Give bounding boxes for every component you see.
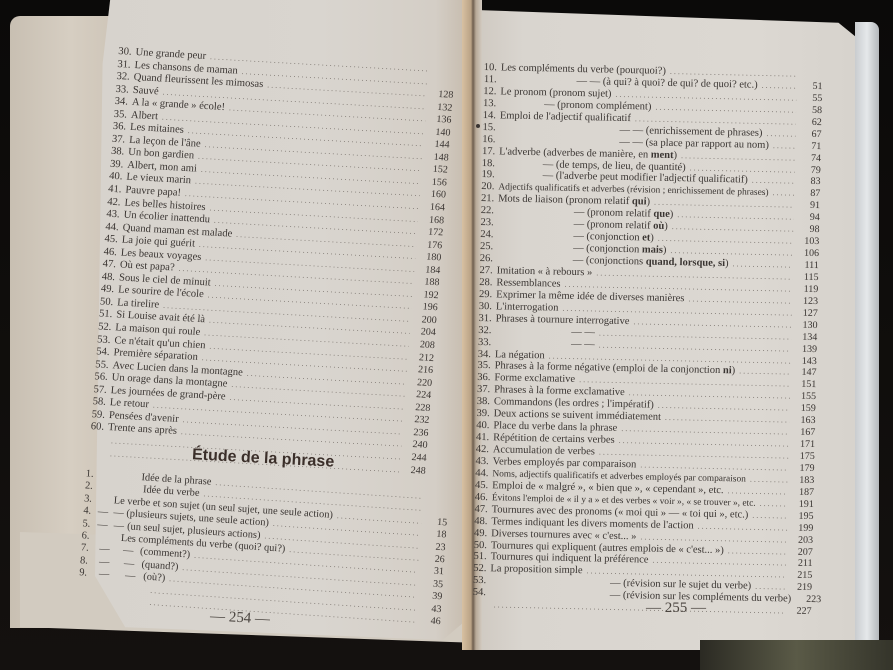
entry-title-after: ) xyxy=(670,209,674,220)
ditto-mark xyxy=(93,539,107,540)
entry-number: 42. xyxy=(106,196,121,209)
entry-number: 59. xyxy=(90,409,105,422)
ditto-mark xyxy=(97,477,119,478)
ditto-mark xyxy=(90,588,118,590)
table-surface xyxy=(700,640,893,670)
entry-number: 60. xyxy=(89,421,104,434)
entry-number: 36. xyxy=(112,121,127,134)
entry-title-bold: quand, lorsque, si xyxy=(646,256,726,269)
entry-number: 34. xyxy=(113,96,128,109)
ink-mark xyxy=(476,124,480,128)
entry-page xyxy=(426,511,448,512)
ditto-mark xyxy=(97,490,120,492)
ditto-mark xyxy=(117,603,145,605)
entry-title-text: — (pronom relatif xyxy=(574,207,654,220)
entry-title-after: ) xyxy=(673,150,677,161)
entry-number: 32. xyxy=(115,71,130,84)
entry-title-text: Imitation « à rebours » xyxy=(497,265,593,278)
entry-title-text: — (pronom complément) xyxy=(544,99,652,112)
entry-number: 41. xyxy=(107,184,122,197)
entry-title-after: ) xyxy=(663,245,667,256)
entry-title-text: — — xyxy=(571,327,595,338)
entry-number: 40. xyxy=(108,171,123,184)
ditto-mark xyxy=(89,601,117,603)
page-number-255: — 255 — xyxy=(646,600,706,617)
entry-number: 44. xyxy=(104,221,119,234)
entry-number: 46. xyxy=(102,246,117,259)
entry-number: 50. xyxy=(99,296,114,309)
entry-title-bold: où xyxy=(653,221,664,232)
entry-title-text: L'interrogation xyxy=(496,301,559,313)
entry-number: 39. xyxy=(109,159,124,172)
ditto-mark: — xyxy=(110,520,127,534)
entry-number: 37. xyxy=(111,134,126,147)
entry-title-after: ) xyxy=(732,366,736,377)
entry-number: 47. xyxy=(101,259,116,272)
entry-page xyxy=(427,499,449,500)
entry-number: 54. xyxy=(472,587,486,600)
entry-number: 9. xyxy=(73,567,88,581)
entry-title-text: La proposition simple xyxy=(490,564,582,577)
entry-title-text: — (conjonction xyxy=(573,231,642,243)
entry-number xyxy=(72,587,86,588)
entry-number: 53. xyxy=(96,334,111,347)
phrase-study-toc: 1.Idée de la phrase2.Idée du verbe3.Le v… xyxy=(71,468,449,629)
entry-number: 33. xyxy=(114,84,129,97)
entry-page: 46 xyxy=(418,615,441,629)
entry-title-after: ) xyxy=(646,197,650,208)
entry-title-text: — — xyxy=(571,338,595,349)
entry-page xyxy=(432,84,454,85)
entry-title-bold: mais xyxy=(642,244,663,255)
ditto-mark: — xyxy=(117,570,144,584)
entry-title: (où?) xyxy=(143,572,166,586)
entry-number: 54. xyxy=(95,346,110,359)
entry-title-bold: et xyxy=(642,232,650,243)
page-number-254: — 254 — xyxy=(210,608,271,628)
entry-title-text: Ressemblances xyxy=(496,277,560,289)
entry-number xyxy=(71,600,85,601)
entry-title-text: Accumulation de verbes xyxy=(493,444,595,457)
entry-number xyxy=(89,442,103,443)
ditto-mark xyxy=(118,590,146,592)
ditto-mark: — xyxy=(91,568,118,582)
entry-number: 57. xyxy=(92,384,107,397)
entry-title-bold: ment xyxy=(651,149,674,160)
entry-number: 43. xyxy=(105,209,120,222)
entry-title-text: — (conjonction xyxy=(573,243,642,255)
entry-number: 31. xyxy=(116,59,131,72)
ditto-mark xyxy=(96,502,105,503)
entry-title-after: ) xyxy=(725,258,729,269)
entry-page: 227 xyxy=(789,606,811,619)
ditto-mark xyxy=(119,479,141,480)
entry-title-text: Forme exclamative xyxy=(494,373,575,386)
entry-number xyxy=(88,454,102,455)
entry-number: 49. xyxy=(100,284,115,297)
entry-title-text: — (conjonctions xyxy=(573,255,646,268)
ditto-mark xyxy=(120,491,143,493)
ditto-mark: — xyxy=(94,519,111,533)
grammar-toc: 10.Les compléments du verbe (pourquoi?)1… xyxy=(472,62,823,618)
entry-number: 38. xyxy=(110,146,125,159)
entry-number: 58. xyxy=(91,396,106,409)
entry-number: 52. xyxy=(97,321,112,334)
entry-number: 45. xyxy=(103,234,118,247)
entry-number: 55. xyxy=(94,359,109,372)
entry-number: 56. xyxy=(93,371,108,384)
ditto-mark xyxy=(105,502,114,503)
entry-title-text: — (pronom relatif xyxy=(573,219,653,232)
entry-title-after: ) xyxy=(650,233,654,244)
entry-number: 35. xyxy=(112,109,127,122)
readings-toc: 30.Une grande peur31.Les chansons de mam… xyxy=(88,46,456,478)
entry-number: 30. xyxy=(117,46,132,59)
entry-title-after: ) xyxy=(664,221,668,232)
entry-title-bold: que xyxy=(653,209,670,220)
entry-number: 51. xyxy=(98,309,113,322)
entry-page: 248 xyxy=(403,464,426,478)
entry-title-bold: ni xyxy=(723,366,732,377)
book-cover-right-edge xyxy=(855,22,879,640)
entry-title-text: La négation xyxy=(495,349,545,361)
entry-title-bold: qui xyxy=(632,196,647,207)
entry-page xyxy=(433,72,455,73)
ditto-mark xyxy=(107,540,121,541)
entry-number: 48. xyxy=(101,271,116,284)
